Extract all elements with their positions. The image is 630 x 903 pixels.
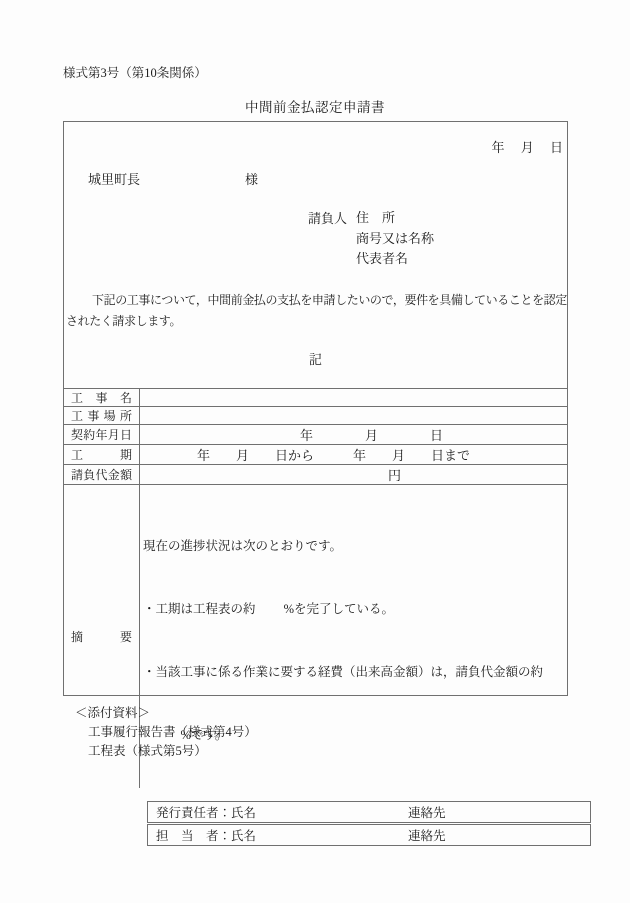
recipient-line: 城里町長様 xyxy=(88,169,258,188)
body-paragraph: 下記の工事について，中間前金払の支払を申請したいので，要件を具備していることを認… xyxy=(66,290,565,332)
attachments-section: ＜添付資料＞ 工事履行報告書（様式第4号） 工程表（様式第5号） xyxy=(75,704,257,761)
details-table: 工事名 工事場所 契約年月日 年 月 日 工期 年 月 日から 年 月 日まで … xyxy=(64,388,567,695)
person-in-charge-contact-label: 連絡先 xyxy=(408,826,446,844)
row-label: 工事名 xyxy=(64,389,140,406)
table-row-contract-amount: 請負代金額 円 xyxy=(64,464,567,484)
issuer-contact-label: 連絡先 xyxy=(408,803,446,821)
row-value-construction-name xyxy=(140,389,567,406)
contact-row-person-in-charge: 担 当 者：氏名 連絡先 xyxy=(147,824,591,846)
body-paragraph-line2: されたく請求します。 xyxy=(66,311,565,332)
row-value-construction-term: 年 月 日から 年 月 日まで xyxy=(140,445,567,464)
table-row-construction-name: 工事名 xyxy=(64,388,567,406)
contact-table: 発行責任者：氏名 連絡先 担 当 者：氏名 連絡先 xyxy=(147,801,591,846)
row-label: 契約年月日 xyxy=(64,425,140,444)
table-row-construction-site: 工事場所 xyxy=(64,406,567,424)
attachment-item-schedule: 工程表（様式第5号） xyxy=(88,742,257,761)
contractor-address-label: 住 所 xyxy=(356,208,434,229)
table-row-contract-date: 契約年月日 年 月 日 xyxy=(64,424,567,444)
application-form-box: 年 月 日 城里町長様 請負人 住 所 商号又は名称 代表者名 下記の工事につい… xyxy=(63,121,568,696)
contractor-company-label: 商号又は名称 xyxy=(356,229,434,250)
remarks-line1: 現在の進捗状況は次のとおりです。 xyxy=(143,536,567,557)
body-paragraph-line1: 下記の工事について，中間前金払の支払を申請したいので，要件を具備していることを認… xyxy=(66,290,565,311)
recipient-honorific: 様 xyxy=(245,172,258,187)
page-title: 中間前金払認定申請書 xyxy=(0,96,630,116)
contractor-block: 請負人 住 所 商号又は名称 代表者名 xyxy=(308,208,434,270)
person-in-charge-name-label: 担 当 者：氏名 xyxy=(148,826,256,844)
row-value-contract-amount: 円 xyxy=(140,465,567,484)
contractor-label: 請負人 xyxy=(308,208,347,227)
issuer-name-label: 発行責任者：氏名 xyxy=(148,803,256,821)
record-marker: 記 xyxy=(64,349,567,368)
row-value-contract-date: 年 月 日 xyxy=(140,425,567,444)
remarks-line2: ・工期は工程表の約 %を完了している。 xyxy=(143,599,567,620)
row-label: 工事場所 xyxy=(64,407,140,424)
recipient-name: 城里町長 xyxy=(88,172,140,187)
form-code: 様式第3号（第10条関係） xyxy=(63,63,207,81)
attachments-heading: ＜添付資料＞ xyxy=(75,704,257,723)
contractor-representative-label: 代表者名 xyxy=(356,249,434,270)
document-page: 様式第3号（第10条関係） 中間前金払認定申請書 年 月 日 城里町長様 請負人… xyxy=(0,0,630,903)
attachment-item-report: 工事履行報告書（様式第4号） xyxy=(88,723,257,742)
contact-row-issuer: 発行責任者：氏名 連絡先 xyxy=(147,801,591,823)
contractor-fields: 住 所 商号又は名称 代表者名 xyxy=(356,208,434,270)
table-row-construction-term: 工期 年 月 日から 年 月 日まで xyxy=(64,444,567,464)
row-value-construction-site xyxy=(140,407,567,424)
row-label: 請負代金額 xyxy=(64,465,140,484)
date-line: 年 月 日 xyxy=(491,137,563,156)
row-label: 工期 xyxy=(64,445,140,464)
remarks-line3: ・当該工事に係る作業に要する経費（出来高金額）は，請負代金額の約 xyxy=(143,662,567,683)
